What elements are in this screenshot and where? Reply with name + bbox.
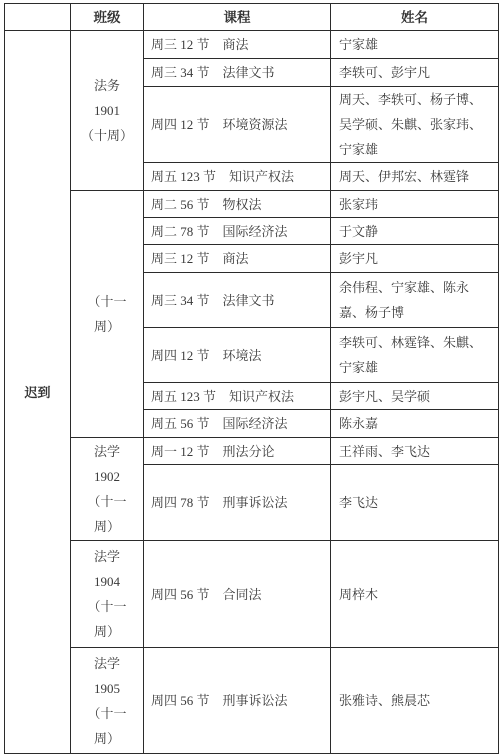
course-cell: 周三 34 节 法律文书 [144,273,331,328]
names-column-header: 姓名 [331,4,499,31]
names-cell: 宁家雄 [331,31,499,59]
status-label-cell: 迟到 [5,31,71,754]
names-cell: 张家玮 [331,191,499,218]
names-cell: 周梓木 [331,541,499,648]
course-cell: 周五 123 节 知识产权法 [144,383,331,410]
table-row: 法学 1905 （十一 周） 周四 56 节 刑事诉讼法 张雅诗、熊晨芯 [5,648,499,754]
class-cell: （十一 周） [71,191,144,438]
names-cell: 张雅诗、熊晨芯 [331,648,499,754]
names-cell: 彭宇凡 [331,245,499,273]
course-cell: 周四 56 节 合同法 [144,541,331,648]
names-cell: 李轶可、林霆锋、朱麒、宁家雄 [331,328,499,383]
document-page: 班级 课程 姓名 迟到 法务 1901 （十周） 周三 12 节 商法 宁家雄 … [0,0,502,754]
names-cell: 周天、伊邦宏、林霆锋 [331,163,499,191]
header-row: 班级 课程 姓名 [5,4,499,31]
course-cell: 周五 123 节 知识产权法 [144,163,331,191]
course-cell: 周二 78 节 国际经济法 [144,218,331,245]
course-cell: 周四 12 节 环境资源法 [144,87,331,163]
course-column-header: 课程 [144,4,331,31]
course-cell: 周五 56 节 国际经济法 [144,410,331,438]
corner-cell [5,4,71,31]
class-cell: 法务 1901 （十周） [71,31,144,191]
class-cell: 法学 1902 （十一 周） [71,438,144,541]
course-cell: 周四 56 节 刑事诉讼法 [144,648,331,754]
course-cell: 周三 12 节 商法 [144,31,331,59]
class-cell: 法学 1904 （十一 周） [71,541,144,648]
names-cell: 陈永嘉 [331,410,499,438]
names-cell: 周天、李轶可、杨子博、吴学硕、朱麒、张家玮、宁家雄 [331,87,499,163]
table-row: 法学 1904 （十一 周） 周四 56 节 合同法 周梓木 [5,541,499,648]
class-column-header: 班级 [71,4,144,31]
names-cell: 王祥雨、李飞达 [331,438,499,465]
table-row: 迟到 法务 1901 （十周） 周三 12 节 商法 宁家雄 [5,31,499,59]
class-cell: 法学 1905 （十一 周） [71,648,144,754]
course-cell: 周三 34 节 法律文书 [144,59,331,87]
names-cell: 余伟程、宁家雄、陈永嘉、杨子博 [331,273,499,328]
table-row: 法学 1902 （十一 周） 周一 12 节 刑法分论 王祥雨、李飞达 [5,438,499,465]
course-cell: 周四 12 节 环境法 [144,328,331,383]
names-cell: 于文静 [331,218,499,245]
names-cell: 李轶可、彭宇凡 [331,59,499,87]
course-cell: 周二 56 节 物权法 [144,191,331,218]
names-cell: 彭宇凡、吴学硕 [331,383,499,410]
attendance-table: 班级 课程 姓名 迟到 法务 1901 （十周） 周三 12 节 商法 宁家雄 … [4,3,499,754]
course-cell: 周四 78 节 刑事诉讼法 [144,465,331,541]
course-cell: 周三 12 节 商法 [144,245,331,273]
table-row: （十一 周） 周二 56 节 物权法 张家玮 [5,191,499,218]
course-cell: 周一 12 节 刑法分论 [144,438,331,465]
names-cell: 李飞达 [331,465,499,541]
